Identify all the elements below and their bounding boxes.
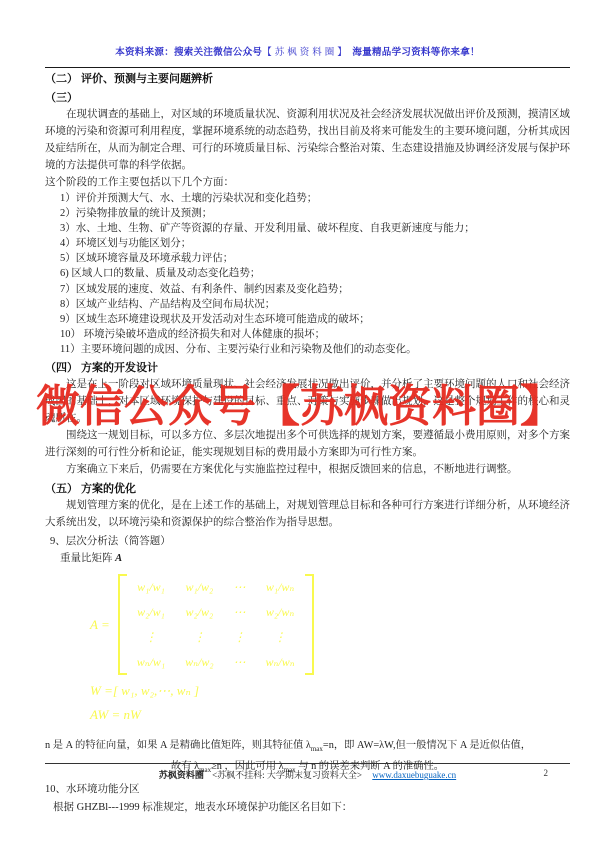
list-item: 4）环境区划与功能区划分； [45,236,570,251]
eigen-equation: AW = nW [90,706,570,724]
list-item: 11）主要环境问题的成因、分布、主要污染行业和污染物及他们的动态变化。 [45,342,570,357]
matrix-cell: ⋯ [234,603,246,621]
list-item: 5）区域环境容量及环境承载力评估； [45,251,570,266]
watermark-text: 微信公众号【苏枫资料圈】 [36,384,564,430]
note1-segment: n 是 A 的特征向量，如果 A 是精确比值矩阵，则其特征值 λ [45,740,311,751]
section-heading-5: （五） 方案的优化 [45,482,570,497]
matrix-caption-variable: A [115,553,122,564]
footer-brand: 苏枫资料圈 [159,770,204,780]
matrix-cell: ⋮ [234,628,246,646]
lambda-subscript: max [311,745,323,753]
page-footer: 苏枫资料圈 <苏枫不挂科: 大学期末复习资料大全> www.daxuebugua… [45,763,570,781]
footer-website-link[interactable]: www.daxuebuguake.cn [372,770,456,780]
section-heading-2: （二） 评价、预测与主要问题辨析 [45,72,570,87]
matrix-cell: w₂/w₂ [185,603,213,621]
eigenvalue-note-line1: n 是 A 的特征向量，如果 A 是精确比值矩阵，则其特征值 λmax=n，即 … [45,738,570,757]
list-item: 2）污染物排放量的统计及预测； [45,206,570,221]
matrix-cell: w₁/wₙ [266,578,295,596]
matrix-cell: ⋮ [266,628,295,646]
matrix-cell: ⋮ [137,628,165,646]
matrix-cell: w₁/w₂ [185,578,213,596]
matrix-cell: ⋯ [234,578,246,596]
matrix-cell: ⋯ [234,653,246,671]
list-item: 3）水、土地、生物、矿产等资源的存量、开发利用量、破坏程度、自我更新速度与能力； [45,221,570,236]
paragraph-stage-intro: 这个阶段的工作主要包括以下几个方面： [45,174,570,191]
matrix-caption-text: 重量比矩阵 [60,553,115,564]
paragraph-survey-basis: 在现状调查的基础上，对区域的环境质量状况、资源利用状况及社会经济发展状况做出评价… [45,106,570,174]
footer-slogan: <苏枫不挂科: 大学期末复习资料大全> [212,770,362,780]
section-heading-3: （三） [45,91,570,106]
matrix-equation: A = w₁/w₁ w₁/w₂ ⋯ w₁/wₙ w₂/w₁ w₂/w₂ ⋯ w₂… [90,574,570,675]
paragraph-plan-adjust: 方案确立下来后，仍需要在方案优化与实施监控过程中，根据反馈回来的信息，不断地进行… [45,461,570,478]
paragraph-plan-design-2: 围绕这一规划目标，可以多方位、多层次地提出多个可供选择的规划方案，要遵循最小费用… [45,427,570,461]
matrix-cell: wₙ/wₙ [266,653,295,671]
matrix-cell: w₂/w₁ [137,603,165,621]
list-item: 10） 环境污染破坏造成的经济损失和对人体健康的损坏； [45,327,570,342]
task-list: 1）评价并预测大气、水、土壤的污染状况和变化趋势； 2）污染物排放量的统计及预测… [45,191,570,357]
matrix-bracket-left [118,574,127,675]
matrix-caption: 重量比矩阵 A [45,551,570,566]
matrix-grid: w₁/w₁ w₁/w₂ ⋯ w₁/wₙ w₂/w₁ w₂/w₂ ⋯ w₂/wₙ … [127,574,305,675]
matrix-cell: w₂/wₙ [266,603,295,621]
matrix-bracket-right [305,574,314,675]
page-number: 2 [544,768,549,778]
section-heading-4: （四） 方案的开发设计 [45,361,570,376]
weight-vector-equation: W =[ w₁, w₂,⋯, wₙ ] [90,682,570,700]
list-item: 7）区域发展的速度、效益、有利条件、制约因素及变化趋势； [45,282,570,297]
water-function-body: 根据 GHZBl---1999 标准规定，地表水环境保护功能区名目如下： [45,800,570,816]
paragraph-plan-optimize: 规划管理方案的优化，是在上述工作的基础上，对规划管理总目标和各种可行方案进行详细… [45,497,570,531]
matrix-cell: wₙ/w₁ [137,653,165,671]
matrix-a-label: A = [90,616,110,634]
matrix-cell: wₙ/w₂ [185,653,213,671]
header-divider [45,67,570,68]
water-function-title: 10、水环境功能分区 [45,782,570,798]
footer-line: 苏枫资料圈 <苏枫不挂科: 大学期末复习资料大全> www.daxuebugua… [45,768,570,781]
ahp-section-title: 9、层次分析法（简答题） [45,534,570,549]
ahp-formula-block: A = w₁/w₁ w₁/w₂ ⋯ w₁/wₙ w₂/w₁ w₂/w₂ ⋯ w₂… [90,574,570,724]
list-item: 9）区域生态环境建设现状及开发活动对生态环境可能造成的破坏； [45,312,570,327]
list-item: 8）区域产业结构、产品结构及空间布局状况； [45,297,570,312]
note1-segment: =n，即 AW=λW,但一般情况下 A 是近似估值， [323,740,531,751]
matrix-cell: w₁/w₁ [137,578,165,596]
document-page: 本资料来源：搜索关注微信公众号【苏枫资料圈】 海量精品学习资料等你来拿！ （二）… [0,0,595,841]
list-item: 1）评价并预测大气、水、土壤的污染状况和变化趋势； [45,191,570,206]
matrix-cell: ⋮ [185,628,213,646]
list-item: 6) 区域人口的数量、质量及动态变化趋势； [45,266,570,281]
